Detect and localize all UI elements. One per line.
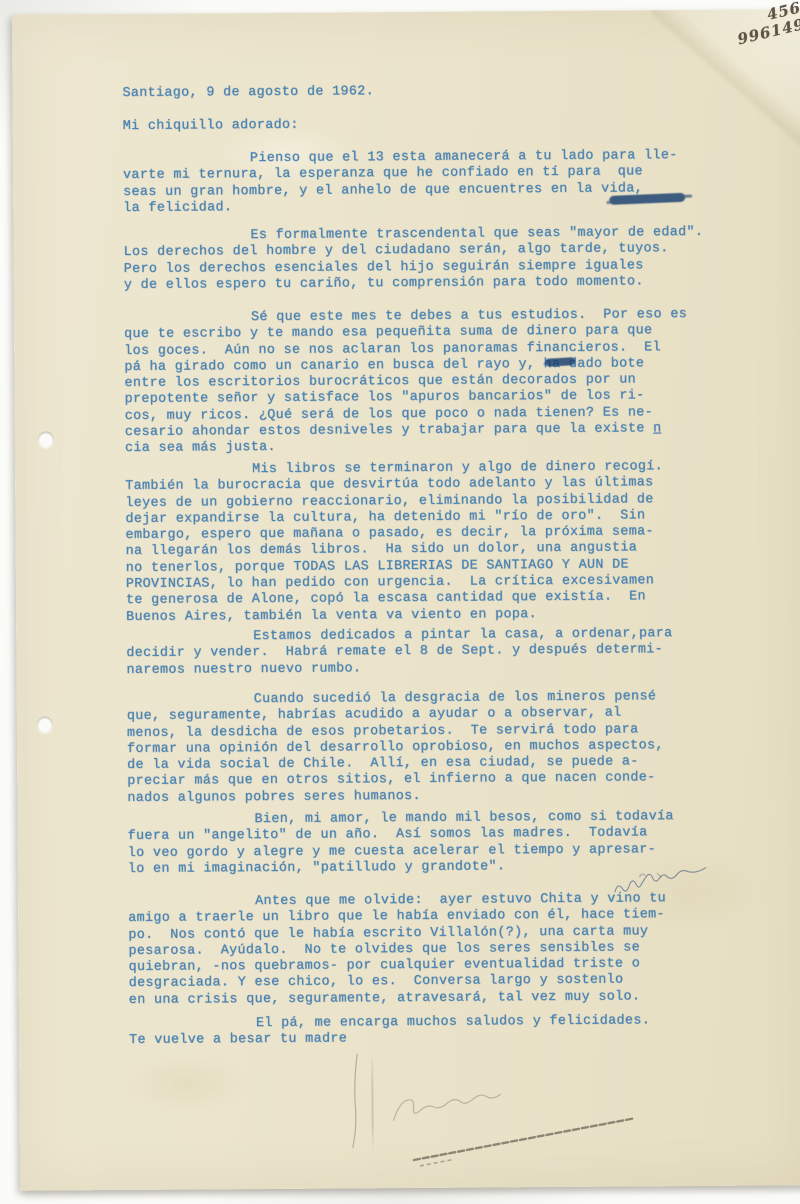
paragraph-8: Antes que me olvide: ayer estuvo Chita y… (128, 891, 715, 1009)
paragraph-5: Estamos dedicados a pintar la casa, a or… (126, 626, 712, 679)
signature-scribble-icon (301, 1046, 662, 1179)
paragraph-1: Pienso que el 13 esta amanecerá a tu lad… (123, 148, 709, 217)
letter-body: Santiago, 9 de agosto de 1962. Mi chiqui… (12, 9, 800, 1190)
paragraph-2: Es formalmente trascendental que seas "m… (123, 225, 709, 294)
paragraph-3: Sé que este mes te debes a tus estudios.… (124, 307, 711, 458)
paragraph-4: Mis libros se terminaron y algo de diner… (125, 459, 712, 626)
paragraph-7: Bien, mi amor, le mando mil besos, como … (127, 809, 713, 878)
paragraph-6: Cuando sucedió la desgracia de los miner… (127, 689, 714, 807)
salutation: Mi chiquillo adorado: (123, 115, 709, 135)
closing-lines: El pá, me encarga muchos saludos y felic… (129, 1013, 715, 1050)
date-line: Santiago, 9 de agosto de 1962. (122, 82, 708, 102)
letter-paper: 456 996149 Santiago, 9 de agosto de 1962… (12, 9, 800, 1190)
